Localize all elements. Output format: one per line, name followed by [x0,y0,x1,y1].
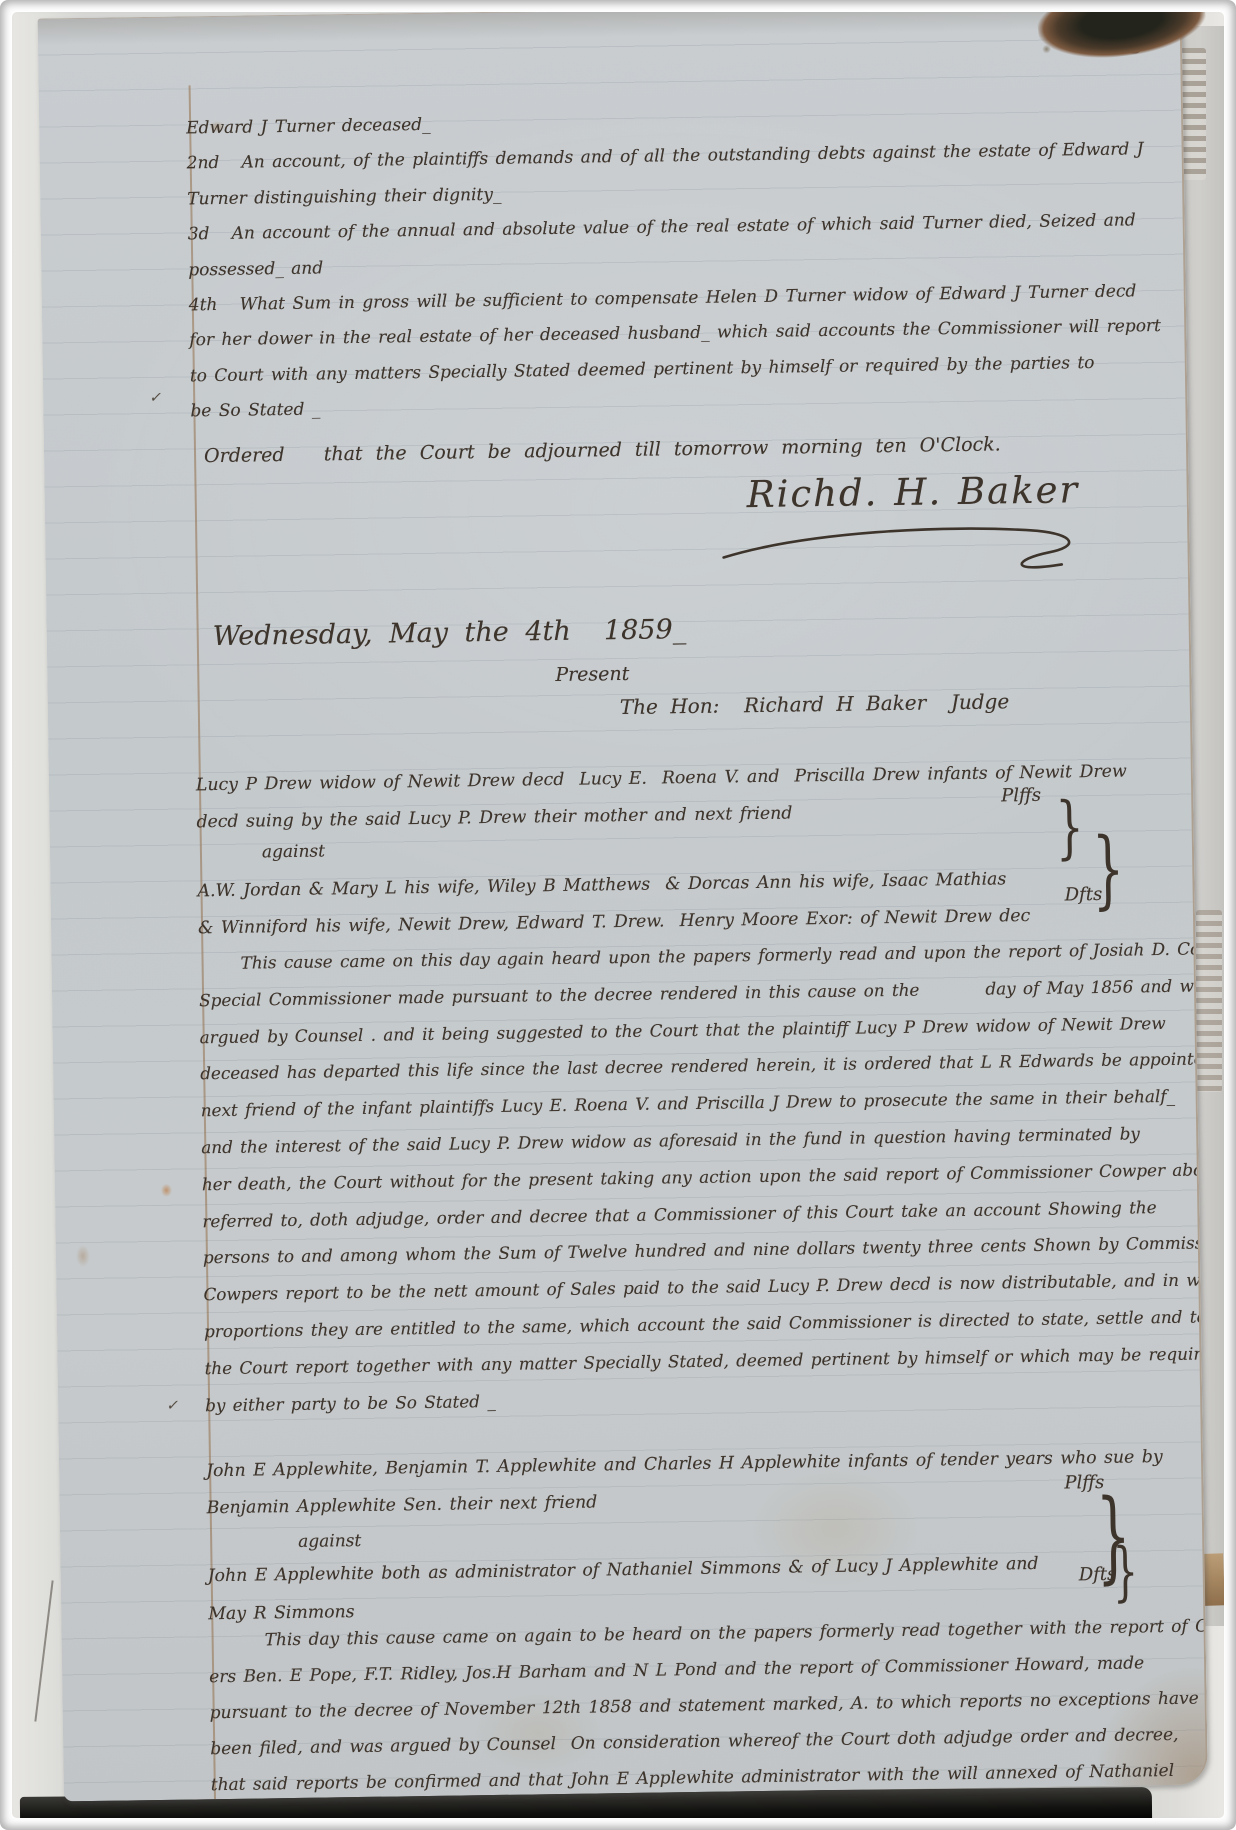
photograph: 3 Edward J Turner deceased_2nd An accoun… [12,12,1224,1818]
applewhite-defendants-label: Dfts [1079,1564,1117,1586]
applewhite-case-caption: John E Applewhite, Benjamin T. Applewhit… [206,1439,1164,1527]
ledger-page: 3 Edward J Turner deceased_2nd An accoun… [38,12,1208,1801]
margin-checkmark: ✓ [166,1398,178,1414]
paper-stain [76,1245,90,1267]
page-stack-ridges-right [1196,910,1222,1092]
applewhite-decree-text: This day this cause came on again to be … [208,1607,1208,1801]
signature-flourish [715,518,1112,586]
margin-checkmark: ✓ [149,390,161,406]
judge-signature: Richd. H. Baker [746,468,1079,516]
drew-decree-text: This cause came on this day again heard … [198,930,1208,1424]
paper-stain [161,1184,172,1197]
drew-plaintiffs-label: Plffs [1001,785,1041,807]
present-label: Present [555,663,629,686]
binding-crease-line [34,1580,53,1721]
turner-order-entry: Edward J Turner deceased_2nd An account,… [186,97,1162,430]
plaintiffs-brace: } [1055,788,1084,867]
drew-case-caption: Lucy P Drew widow of Newit Drew decd Luc… [196,754,1128,842]
drew-against-label: against [262,841,325,862]
applewhite-against-label: against [298,1531,361,1552]
drew-defendants-label: Dfts [1065,884,1103,906]
